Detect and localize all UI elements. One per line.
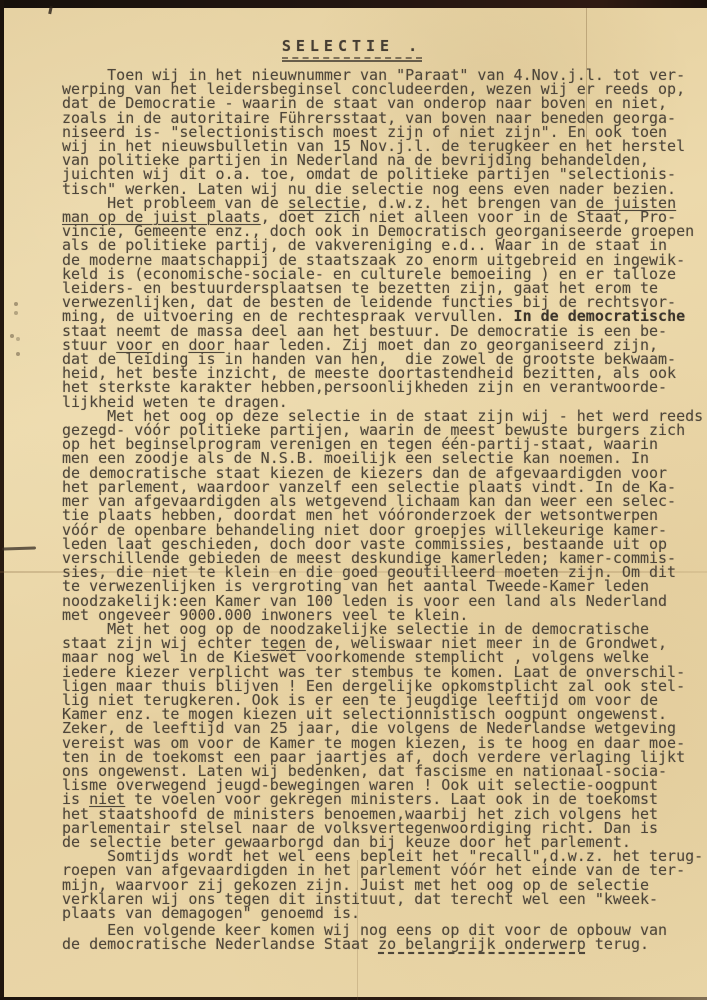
text-segment: de democratische Nederlandse Staat [62,935,378,953]
photo-edge-top [0,0,707,8]
paragraph: Een volgende keer komen wij nog eens op … [62,923,702,951]
margin-mark [16,352,20,356]
document-body: Toen wij in het nieuwnummer van "Paraat"… [62,68,702,952]
title-row: SELECTIE . [62,36,642,62]
paragraph: Met het oog op de noodzakelijke selectie… [62,622,702,849]
text-line: plaats van demagogen" genoemd is. [62,906,702,920]
margin-mark [10,334,14,338]
text-segment: terug. [586,935,649,953]
typewritten-content: SELECTIE . Toen wij in het nieuwnummer v… [62,36,702,952]
paragraph: Het probleem van de selectie, d.w.z. het… [62,196,702,409]
paragraph: Toen wij in het nieuwnummer van "Paraat"… [62,68,702,196]
document-title: SELECTIE . [282,37,422,62]
paragraph: Somtijds wordt het wel eens bepleit het … [62,849,702,920]
text-segment: plaats van demagogen" genoemd is. [62,904,360,922]
paragraph: Met het oog op deze selectie in de staat… [62,409,702,622]
photo-edge-left [0,0,4,1000]
emphasized-text: zo belangrijk onderwerp [378,935,586,953]
margin-mark [14,302,18,306]
document-photo: SELECTIE . Toen wij in het nieuwnummer v… [0,0,707,1000]
text-line: de democratische Nederlandse Staat zo be… [62,937,702,951]
